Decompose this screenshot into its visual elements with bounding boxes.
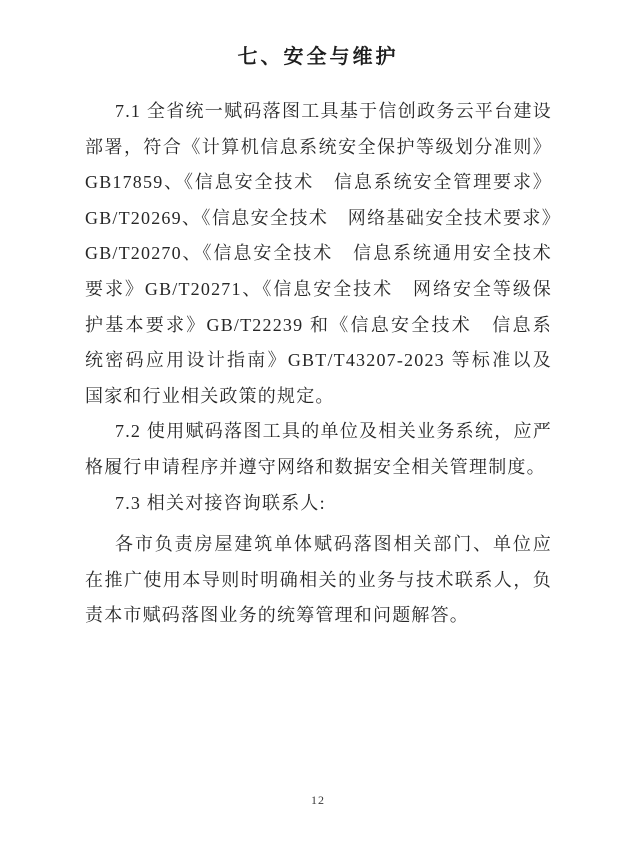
document-page: 七、安全与维护 7.1 全省统一赋码落图工具基于信创政务云平台建设部署，符合《计… xyxy=(0,0,636,841)
section-title: 七、安全与维护 xyxy=(0,40,636,69)
page-number: 12 xyxy=(0,793,636,808)
paragraph-7-3: 7.3 相关对接咨询联系人: xyxy=(85,486,552,522)
document-body: 7.1 全省统一赋码落图工具基于信创政务云平台建设部署，符合《计算机信息系统安全… xyxy=(85,94,552,634)
paragraph-contact-note: 各市负责房屋建筑单体赋码落图相关部门、单位应在推广使用本导则时明确相关的业务与技… xyxy=(85,527,552,634)
paragraph-7-2: 7.2 使用赋码落图工具的单位及相关业务系统，应严格履行申请程序并遵守网络和数据… xyxy=(85,414,552,485)
paragraph-7-1: 7.1 全省统一赋码落图工具基于信创政务云平台建设部署，符合《计算机信息系统安全… xyxy=(85,94,552,414)
